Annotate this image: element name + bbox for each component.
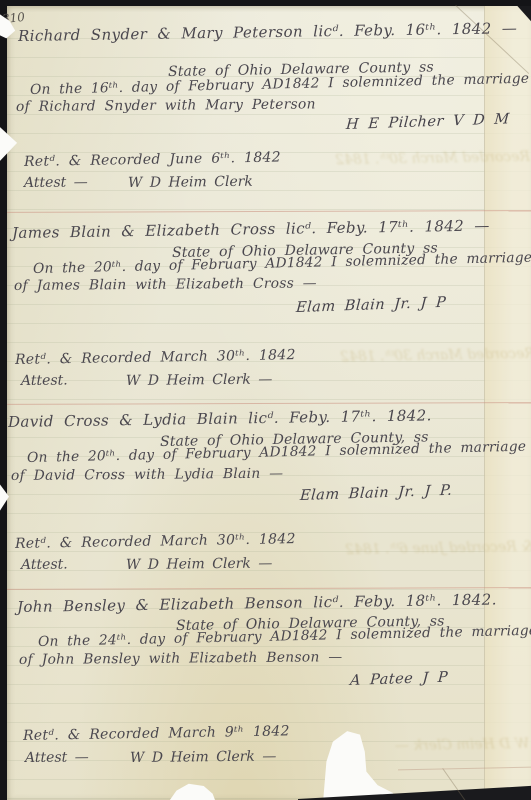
scanned-document-page: { "page": { "number": "310" }, "entries"…: [0, 0, 531, 800]
entry-1-clerk-signature: W D Heim Clerk: [128, 174, 253, 191]
entry-2-clerk-signature: W D Heim Clerk —: [126, 371, 272, 389]
entry-4-attest-label: Attest —: [25, 749, 89, 766]
entry-3-attest-label: Attest.: [21, 557, 68, 573]
bleed-through-ghost: W D Heim Clerk —: [395, 736, 530, 754]
entry-1-attest-label: Attest —: [24, 174, 88, 191]
entry-2-attest-label: Attest.: [21, 373, 68, 389]
entry-1-solemnization-line-2: of Richard Snyder with Mary Peterson: [16, 96, 316, 115]
entry-4-solemnization-line-2: of John Bensley with Elizabeth Benson —: [19, 649, 343, 668]
entry-3-solemnization-line-2: of David Cross with Lydia Blain —: [11, 466, 283, 484]
entry-4-clerk-signature: W D Heim Clerk —: [130, 748, 276, 766]
entry-2-solemnization-line-2: of James Blain with Elizabeth Cross —: [14, 275, 317, 294]
bleed-through-ghost: Retᵈ. & Recorded June 6ᵗʰ. 1842: [345, 538, 531, 558]
bleed-through-ghost: Retᵈ. & Recorded March 30ᵗʰ. 1842: [340, 345, 531, 365]
bleed-through-ghost: Retᵈ. & Recorded March 30ᵗʰ. 1842: [335, 148, 531, 168]
entry-3-clerk-signature: W D Heim Clerk —: [126, 555, 272, 573]
